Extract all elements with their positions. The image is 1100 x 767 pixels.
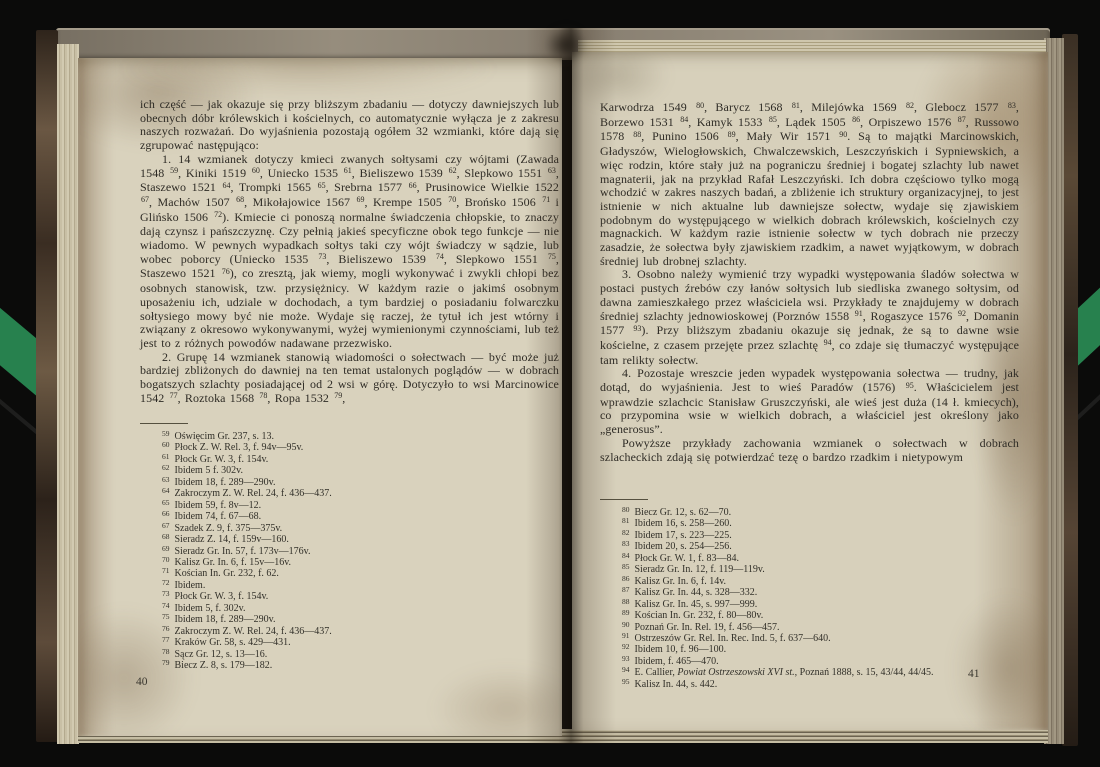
footnote-number: 73: [162, 589, 170, 598]
footnote-number: 95: [622, 677, 630, 686]
paragraph: 4. Pozostaje wreszcie jeden wypadek wyst…: [600, 367, 1019, 437]
footnote-text: Ibidem 17, s. 223—225.: [635, 530, 732, 541]
footnote-reference: 64: [223, 181, 231, 190]
footnote-number: 65: [162, 498, 170, 507]
footnote-number: 92: [622, 642, 630, 651]
footnote-text: Sieradz Gr. In. 57, f. 173v—176v.: [175, 546, 311, 557]
paper-stain: [432, 666, 562, 736]
footnote-reference: 73: [318, 252, 326, 261]
footnote-number: 81: [622, 516, 630, 525]
footnote-text: Sącz Gr. 12, s. 13—16.: [175, 649, 268, 660]
footnote-text: Ibidem 18, f. 289—290v.: [175, 477, 276, 488]
footnote-number: 79: [162, 658, 170, 667]
page-number: 40: [136, 676, 148, 688]
footnote-text: Kalisz Gr. In. 44, s. 328—332.: [635, 587, 758, 598]
footnote-number: 61: [162, 452, 170, 461]
footnote-number: 91: [622, 631, 630, 640]
footnote-number: 68: [162, 532, 170, 541]
footnote-number: 75: [162, 612, 170, 621]
page-stack-left: [57, 44, 79, 744]
footnote-reference: 67: [141, 195, 149, 204]
footnote-number: 76: [162, 624, 170, 633]
footnote-number: 77: [162, 635, 170, 644]
cover-edge-right: [1062, 34, 1078, 746]
footnote-number: 90: [622, 620, 630, 629]
footnote-text: Płock Z. W. Rel. 3, f. 94v—95v.: [175, 442, 304, 453]
footnote-text: Ibidem 74, f. 67—68.: [175, 511, 262, 522]
footnote-number: 62: [162, 463, 170, 472]
footnote-text: Płock Gr. W. 3, f. 154v.: [175, 454, 269, 465]
footnote-number: 64: [162, 486, 170, 495]
footnote-reference: 76: [222, 267, 230, 276]
footnote-number: 67: [162, 521, 170, 530]
footnote-text: Poznań Gr. In. Rel. 19, f. 456—457.: [635, 622, 780, 633]
footnote-text: Sieradz Z. 14, f. 159v—160.: [175, 534, 289, 545]
footnote: 59Oświęcim Gr. 237, s. 13.: [140, 431, 562, 442]
footnote: 63Ibidem 18, f. 289—290v.: [140, 477, 562, 488]
footnote-number: 86: [622, 574, 630, 583]
footnote: 94E. Callier, Powiat Ostrzeszowski XVI s…: [600, 667, 1024, 678]
footnote-number: 93: [622, 654, 630, 663]
footnote: 74Ibidem 5, f. 302v.: [140, 603, 562, 614]
footnote-reference: 82: [906, 101, 914, 110]
footnote-text: Kalisz Gr. In. 6, f. 15v—16v.: [175, 557, 292, 568]
footnote: 88Kalisz Gr. In. 45, s. 997—999.: [600, 599, 1024, 610]
footnote-reference: 79: [334, 391, 342, 400]
footnote-reference: 94: [824, 338, 832, 347]
footnote-text: Kalisz Gr. In. 45, s. 997—999.: [635, 599, 758, 610]
footnote-number: 63: [162, 475, 170, 484]
footnote: 76Zakroczym Z. W. Rel. 24, f. 436—437.: [140, 626, 562, 637]
footnote-text: Ibidem 59, f. 8v—12.: [175, 500, 262, 511]
footnote-reference: 69: [357, 195, 365, 204]
footnote: 82Ibidem 17, s. 223—225.: [600, 530, 1024, 541]
footnote-number: 87: [622, 585, 630, 594]
footnote-reference: 60: [252, 166, 260, 175]
footnote-number: 59: [162, 429, 170, 438]
footnote-text: Szadek Z. 9, f. 375—375v.: [175, 523, 283, 534]
footnote: 75Ibidem 18, f. 289—290v.: [140, 614, 562, 625]
gutter-shadow-top: [545, 26, 587, 64]
footnote-text: Ibidem 5 f. 302v.: [175, 465, 244, 476]
footnote-reference: 68: [236, 195, 244, 204]
footnote-text: Kościan In. Gr. 232, f. 80—80v.: [635, 610, 764, 621]
paragraph: 1. 14 wzmianek dotyczy kmieci zwanych so…: [140, 153, 559, 351]
footnote-text: Ibidem 18, f. 289—290v.: [175, 614, 276, 625]
footnote: 61Płock Gr. W. 3, f. 154v.: [140, 454, 562, 465]
footnote-number: 82: [622, 528, 630, 537]
footnote-number: 70: [162, 555, 170, 564]
footnote-text: Ibidem 10, f. 96—100.: [635, 644, 727, 655]
footnote: 67Szadek Z. 9, f. 375—375v.: [140, 523, 562, 534]
footnote: 70Kalisz Gr. In. 6, f. 15v—16v.: [140, 557, 562, 568]
footnote: 73Płock Gr. W. 3, f. 154v.: [140, 591, 562, 602]
footnote: 89Kościan In. Gr. 232, f. 80—80v.: [600, 610, 1024, 621]
page-number: 41: [968, 668, 980, 680]
footnote-reference: 85: [769, 115, 777, 124]
footnote-text: Ibidem 5, f. 302v.: [175, 603, 246, 614]
footnote: 87Kalisz Gr. In. 44, s. 328—332.: [600, 587, 1024, 598]
right-page-body: Karwodrza 1549 80, Barycz 1568 81, Milej…: [600, 101, 1019, 464]
footnote-text: Biecz Gr. 12, s. 62—70.: [635, 507, 732, 518]
footnote-separator: [140, 423, 188, 424]
footnote-reference: 80: [696, 101, 704, 110]
footnote-text: Ostrzeszów Gr. Rel. In. Rec. Ind. 5, f. …: [635, 633, 831, 644]
footnote: 72Ibidem.: [140, 580, 562, 591]
paragraph: ich część — jak okazuje się przy bliższy…: [140, 98, 559, 153]
footnote: 79Biecz Z. 8, s. 179—182.: [140, 660, 562, 671]
footnote-reference: 92: [958, 309, 966, 318]
footnote-number: 83: [622, 539, 630, 548]
footnote-text: Kalisz In. 44, s. 442.: [635, 679, 718, 690]
footnote-reference: 87: [958, 115, 966, 124]
footnote-reference: 77: [170, 391, 178, 400]
paper-stain: [118, 58, 498, 98]
footnote: 86Kalisz Gr. In. 6, f. 14v.: [600, 576, 1024, 587]
cover-edge-left: [36, 30, 58, 742]
left-page-body: ich część — jak okazuje się przy bliższy…: [140, 98, 559, 406]
footnote-number: 69: [162, 544, 170, 553]
footnote-text: E. Callier, Powiat Ostrzeszowski XVI st.…: [635, 667, 934, 678]
italic-text: Powiat Ostrzeszowski XVI st.,: [677, 667, 797, 678]
footnote-text: Zakroczym Z. W. Rel. 24, f. 436—437.: [175, 488, 332, 499]
footnote: 66Ibidem 74, f. 67—68.: [140, 511, 562, 522]
footnote-text: Ibidem 16, s. 258—260.: [635, 518, 732, 529]
footnote-text: Ibidem.: [175, 580, 206, 591]
left-page: ich część — jak okazuje się przy bliższy…: [78, 58, 562, 736]
footnote-reference: 63: [548, 166, 556, 175]
footnote: 77Kraków Gr. 58, s. 429—431.: [140, 637, 562, 648]
footnote-text: Ibidem 20, s. 254—256.: [635, 541, 732, 552]
footnote-number: 72: [162, 578, 170, 587]
footnote-number: 66: [162, 509, 170, 518]
footnote: 62Ibidem 5 f. 302v.: [140, 465, 562, 476]
footnote-reference: 84: [680, 115, 688, 124]
footnote-reference: 86: [852, 115, 860, 124]
footnote: 80Biecz Gr. 12, s. 62—70.: [600, 507, 1024, 518]
footnote-text: Zakroczym Z. W. Rel. 24, f. 436—437.: [175, 626, 332, 637]
footnote: 65Ibidem 59, f. 8v—12.: [140, 500, 562, 511]
footnote-number: 74: [162, 601, 170, 610]
footnote: 95Kalisz In. 44, s. 442.: [600, 679, 1024, 690]
footnote-text: Płock Gr. W. 1, f. 83—84.: [635, 553, 739, 564]
book-photo: { "colors": { "background": "#0b0b0a", "…: [0, 0, 1100, 767]
footnote-reference: 66: [409, 181, 417, 190]
footnote-number: 94: [622, 665, 630, 674]
footnote-number: 80: [622, 505, 630, 514]
footnote: 78Sącz Gr. 12, s. 13—16.: [140, 649, 562, 660]
footnote-reference: 88: [633, 130, 641, 139]
footnote-separator: [600, 499, 648, 500]
footnote-number: 85: [622, 562, 630, 571]
footnote: 90Poznań Gr. In. Rel. 19, f. 456—457.: [600, 622, 1024, 633]
paragraph: Powyższe przykłady zachowania wzmianek o…: [600, 437, 1019, 464]
footnote: 83Ibidem 20, s. 254—256.: [600, 541, 1024, 552]
footnote-text: Oświęcim Gr. 237, s. 13.: [175, 431, 274, 442]
paper-stain: [78, 58, 114, 736]
footnote-reference: 62: [449, 166, 457, 175]
footnote: 93Ibidem, f. 465—470.: [600, 656, 1024, 667]
footnote: 91Ostrzeszów Gr. Rel. In. Rec. Ind. 5, f…: [600, 633, 1024, 644]
footnote: 69Sieradz Gr. In. 57, f. 173v—176v.: [140, 546, 562, 557]
footnote-number: 89: [622, 608, 630, 617]
footnote-text: Płock Gr. W. 3, f. 154v.: [175, 591, 269, 602]
footnote-number: 88: [622, 597, 630, 606]
footnote: 64Zakroczym Z. W. Rel. 24, f. 436—437.: [140, 488, 562, 499]
footnote-number: 84: [622, 551, 630, 560]
footnote-text: Kalisz Gr. In. 6, f. 14v.: [635, 576, 727, 587]
footnote-number: 71: [162, 566, 170, 575]
footnote-text: Biecz Z. 8, s. 179—182.: [175, 660, 273, 671]
paragraph: Karwodrza 1549 80, Barycz 1568 81, Milej…: [600, 101, 1019, 268]
footnote-number: 60: [162, 440, 170, 449]
footnote: 71Kościan In. Gr. 232, f. 62.: [140, 568, 562, 579]
footnote-reference: 72: [214, 210, 222, 219]
footnote-reference: 71: [542, 195, 550, 204]
right-page-footnotes: 80Biecz Gr. 12, s. 62—70.81Ibidem 16, s.…: [600, 507, 1024, 690]
footnote-reference: 95: [906, 381, 914, 390]
footnote-reference: 90: [839, 130, 847, 139]
paragraph: 3. Osobno należy wymienić trzy wypadki w…: [600, 268, 1019, 367]
footnote: 68Sieradz Z. 14, f. 159v—160.: [140, 534, 562, 545]
footnote-reference: 75: [548, 252, 556, 261]
footnote: 84Płock Gr. W. 1, f. 83—84.: [600, 553, 1024, 564]
footnote-reference: 89: [728, 130, 736, 139]
footnote-reference: 81: [792, 101, 800, 110]
footnote-reference: 83: [1008, 101, 1016, 110]
footnote-text: Kraków Gr. 58, s. 429—431.: [175, 637, 291, 648]
footnote-text: Ibidem, f. 465—470.: [635, 656, 719, 667]
footnote: 81Ibidem 16, s. 258—260.: [600, 518, 1024, 529]
footnote-reference: 74: [436, 252, 444, 261]
paragraph: 2. Grupę 14 wzmianek stanowią wiadomości…: [140, 351, 559, 407]
footnote-text: Kościan In. Gr. 232, f. 62.: [175, 568, 279, 579]
footnote-number: 78: [162, 647, 170, 656]
footnote-reference: 78: [259, 391, 267, 400]
footnote: 85Sieradz Gr. In. 12, f. 119—119v.: [600, 564, 1024, 575]
right-page: Karwodrza 1549 80, Barycz 1568 81, Milej…: [572, 52, 1048, 730]
footnote-reference: 70: [448, 195, 456, 204]
footnote: 92Ibidem 10, f. 96—100.: [600, 644, 1024, 655]
footnote-text: Sieradz Gr. In. 12, f. 119—119v.: [635, 564, 765, 575]
footnote-reference: 93: [633, 324, 641, 333]
footnote-reference: 61: [344, 166, 352, 175]
footnote-reference: 65: [318, 181, 326, 190]
footnote-reference: 59: [170, 166, 178, 175]
footnote: 60Płock Z. W. Rel. 3, f. 94v—95v.: [140, 442, 562, 453]
left-page-footnotes: 59Oświęcim Gr. 237, s. 13.60Płock Z. W. …: [140, 431, 562, 672]
footnote-reference: 91: [855, 309, 863, 318]
